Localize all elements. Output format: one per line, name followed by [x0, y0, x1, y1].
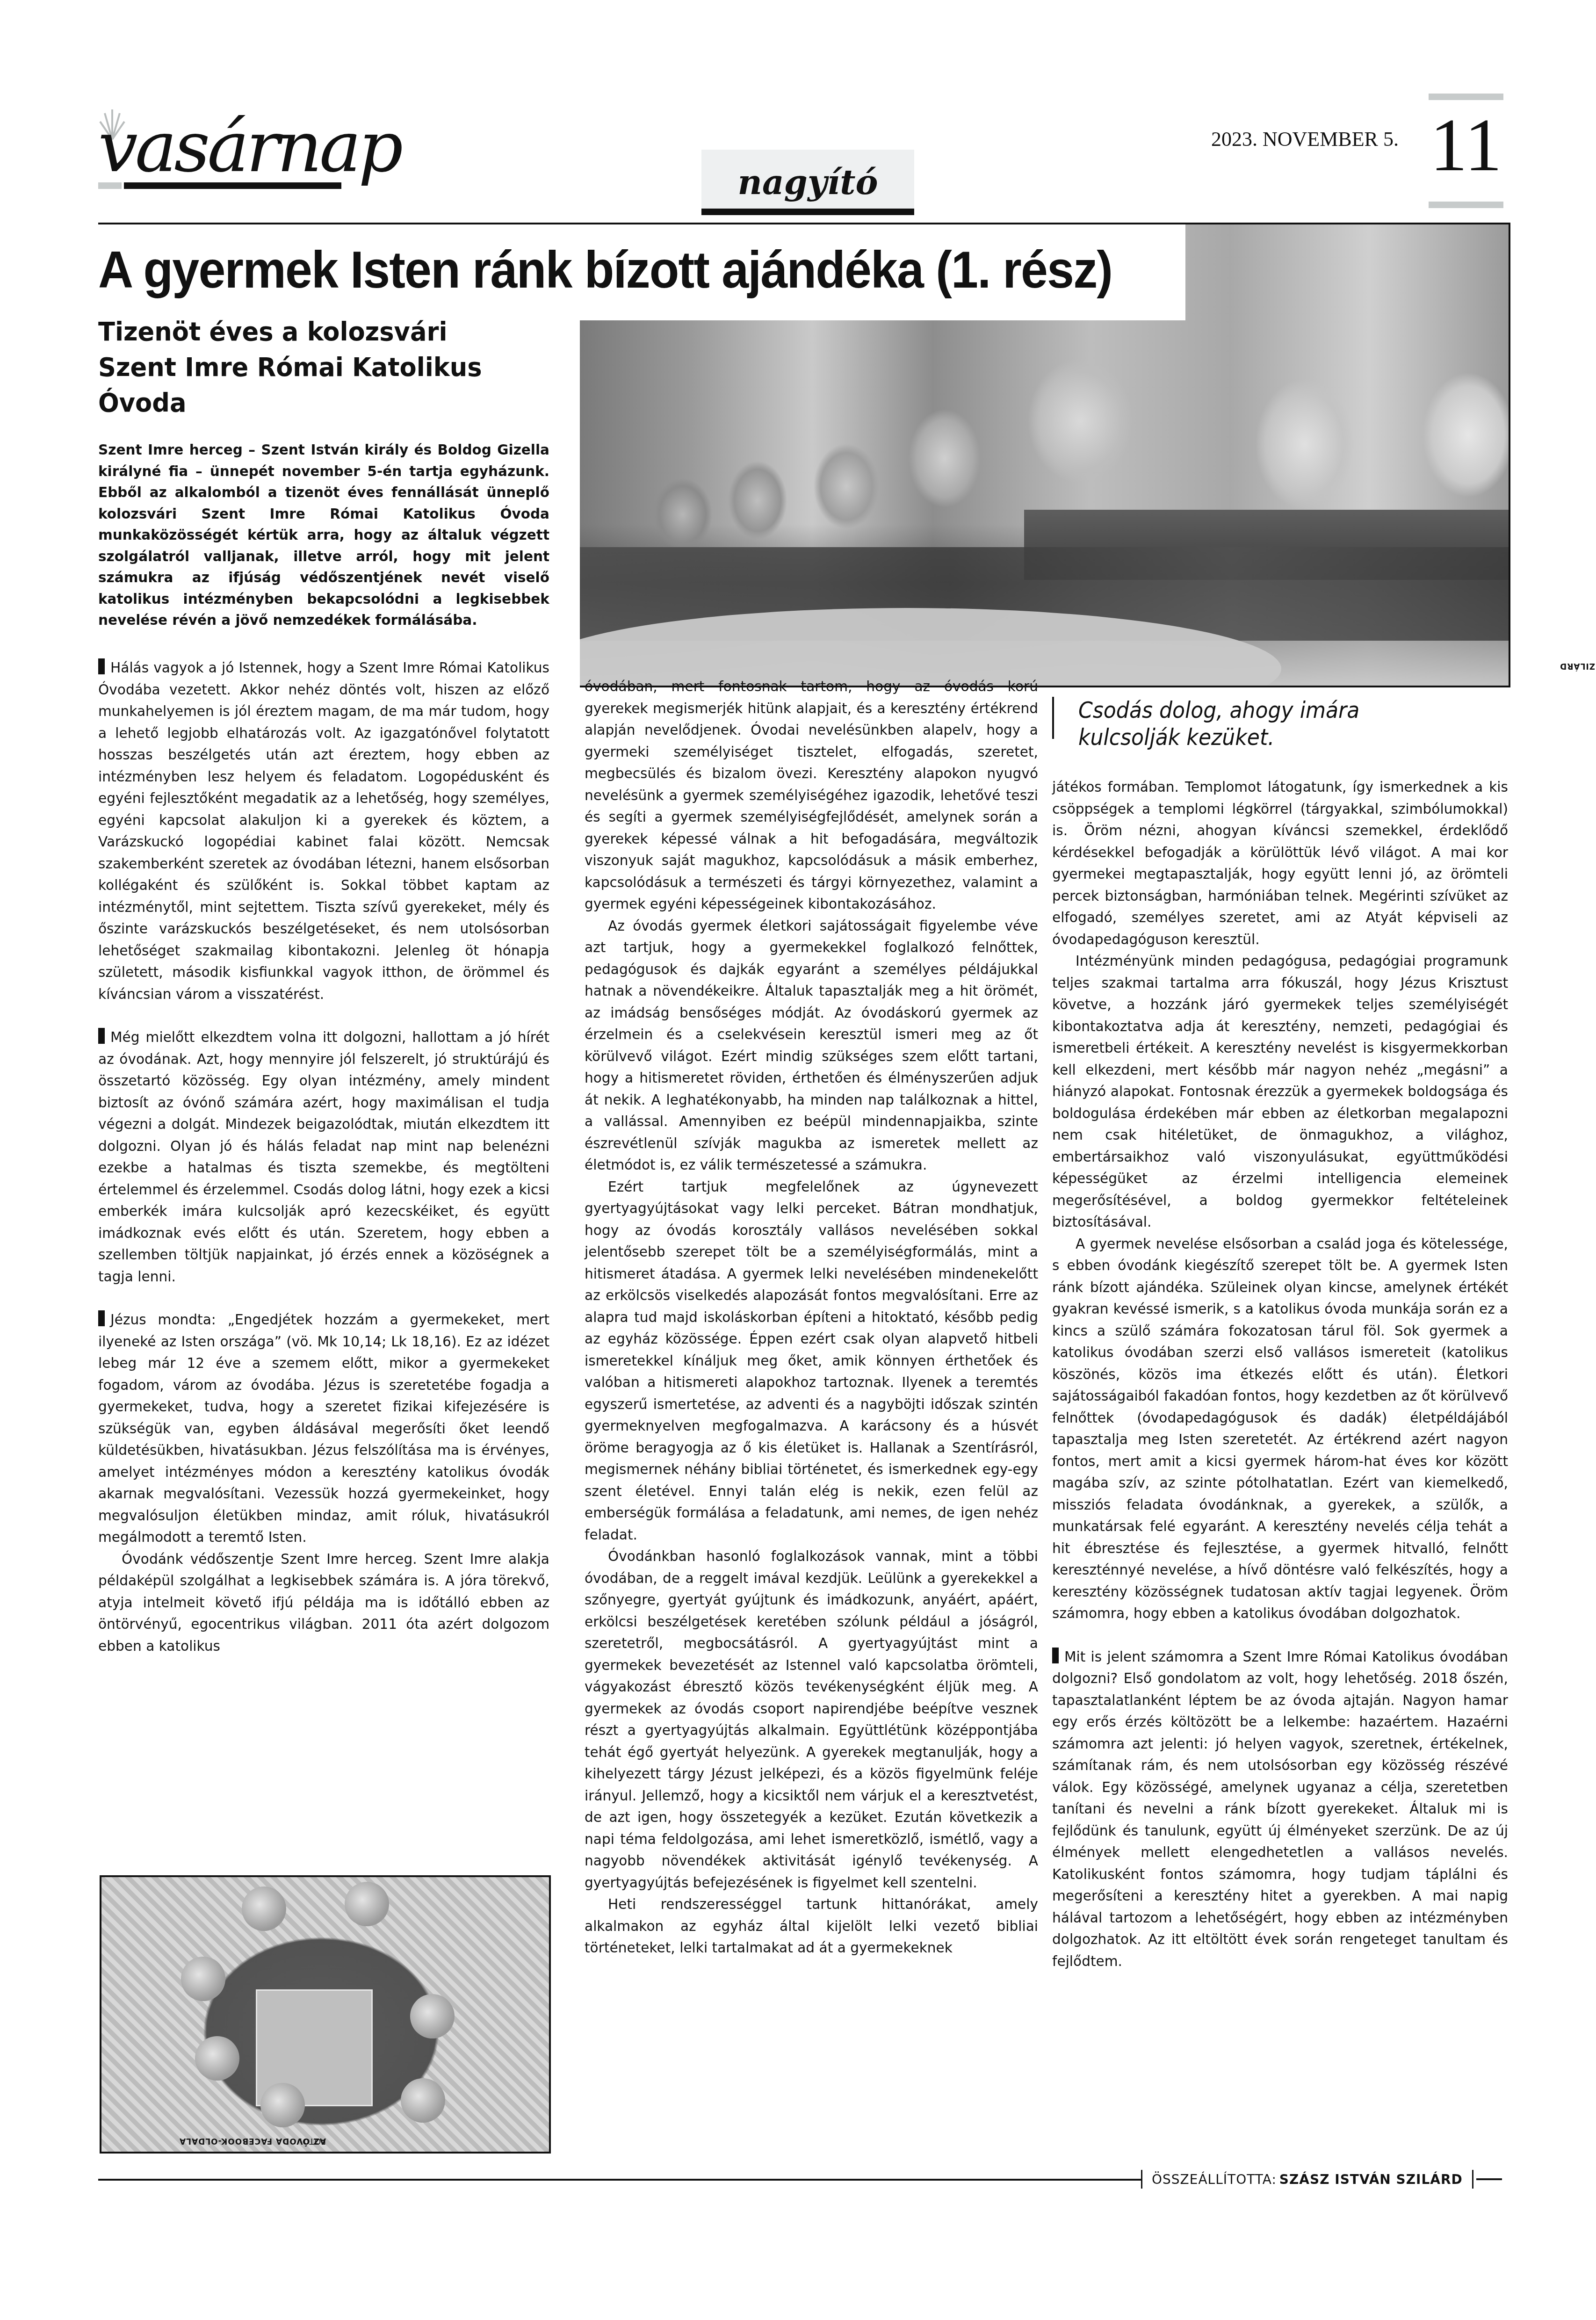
page-number-rule-bottom	[1429, 202, 1503, 208]
paragraph: óvodában, mert fontosnak tartom, hogy az…	[585, 676, 1038, 915]
hero-photo-credit: FOTÓ: SZÁSZ ISTVÁN SZILÁRD	[1508, 510, 1527, 673]
paragraph: Ezért tartjuk megfelelőnek az úgynevezet…	[585, 1176, 1038, 1546]
photo-child	[195, 2036, 239, 2081]
page-number: 11	[1429, 108, 1503, 182]
article-headline: A gyermek Isten ránk bízott ajándéka (1.…	[98, 239, 1112, 301]
section-tab[interactable]: nagyító	[701, 150, 914, 215]
paragraph-marker-icon	[98, 658, 105, 674]
byline-label: ÖSSZEÁLLÍTOTTA:	[1152, 2172, 1277, 2187]
byline-tick	[1472, 2170, 1473, 2189]
paragraph-marker-icon	[1052, 1648, 1059, 1663]
pull-quote-line: kulcsolják kezüket.	[1078, 724, 1398, 751]
paragraph-marker-icon	[98, 1310, 105, 1326]
logo-rule	[124, 182, 341, 189]
paragraph: Heti rendszerességgel tartunk hittanórák…	[585, 1894, 1038, 1959]
paragraph: Még mielőtt elkezdtem volna itt dolgozni…	[98, 1026, 549, 1287]
logo-rule-accent	[98, 182, 122, 189]
paragraph: játékos formában. Templomot látogatunk, …	[1052, 776, 1508, 950]
paragraph: Hálás vagyok a jó Istennek, hogy a Szent…	[98, 657, 549, 1005]
paragraph: Jézus mondta: „Engedjétek hozzám a gyerm…	[98, 1309, 549, 1548]
pull-quote-line: Csodás dolog, ahogy imára	[1078, 697, 1398, 724]
photo-child	[260, 2083, 305, 2127]
newspaper-logo[interactable]: vasárnap	[98, 89, 360, 196]
paragraph: A gyermek nevelése elsősorban a család j…	[1052, 1233, 1508, 1625]
photo-child	[242, 1886, 286, 1931]
byline-author: SZÁSZ ISTVÁN SZILÁRD	[1279, 2172, 1463, 2187]
photo-child	[410, 1994, 455, 2038]
article-subheading: Tizenöt éves a kolozsvári Szent Imre Róm…	[98, 314, 520, 421]
logo-text: vasárnap	[98, 112, 400, 182]
byline-rule	[1476, 2178, 1502, 2180]
article-column-1: Hálás vagyok a jó Istennek, hogy a Szent…	[98, 657, 549, 1657]
article-column-3: játékos formában. Templomot látogatunk, …	[1052, 776, 1508, 1972]
photo-child	[345, 1882, 389, 1926]
photo-children-circle[interactable]	[100, 1875, 551, 2154]
paragraph: Óvodánk védőszentje Szent Imre herceg. S…	[98, 1548, 549, 1657]
masthead: vasárnap nagyító 2023. NOVEMBER 5. 11	[98, 89, 1501, 196]
circle-photo-credit: FOTÓ: AZ ÓVODA FACEBOOK-OLDALA	[82, 1903, 101, 2147]
page-number-box: 11	[1429, 94, 1503, 208]
headline-box: A gyermek Isten ránk bízott ajándéka (1.…	[98, 224, 1185, 320]
paragraph: Mit is jelent számomra a Szent Imre Róma…	[1052, 1646, 1508, 1973]
issue-date: 2023. NOVEMBER 5.	[1211, 127, 1399, 151]
credit-name: SZÁSZ ISTVÁN SZILÁRD	[1560, 661, 1596, 671]
bottom-divider	[98, 2179, 1141, 2181]
paragraph: Óvodánkban hasonló foglalkozások vannak,…	[585, 1546, 1038, 1894]
paragraph: Intézményünk minden pedagógusa, pedagógi…	[1052, 950, 1508, 1233]
page-number-rule-top	[1429, 94, 1503, 100]
credit-name: AZ ÓVODA FACEBOOK-OLDALA	[179, 2136, 326, 2146]
pull-quote: Csodás dolog, ahogy imára kulcsolják kez…	[1052, 697, 1426, 739]
photo-child	[181, 1957, 225, 2001]
byline: ÖSSZEÁLLÍTOTTA: SZÁSZ ISTVÁN SZILÁRD	[1141, 2170, 1502, 2189]
photo-child	[401, 2078, 445, 2123]
article-lead: Szent Imre herceg – Szent István király …	[98, 440, 549, 631]
section-label: nagyító	[701, 150, 914, 215]
article-column-2: óvodában, mert fontosnak tartom, hogy az…	[585, 676, 1038, 1959]
paragraph: Az óvodás gyermek életkori sajátosságait…	[585, 915, 1038, 1176]
byline-tick	[1141, 2170, 1142, 2189]
paragraph-marker-icon	[98, 1028, 105, 1044]
